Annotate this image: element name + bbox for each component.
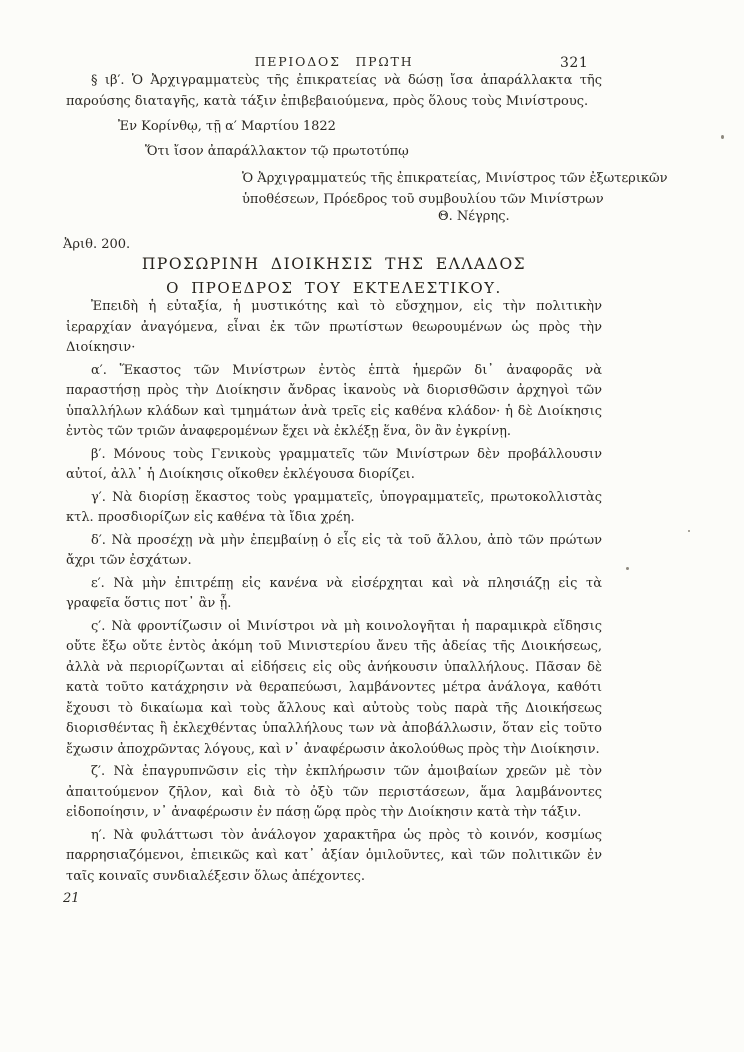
decree-subtitle: Ο ΠΡΟΕΔΡΟΣ ΤΟΥ ΕΚΤΕΛΕΣΤΙΚΟΥ. — [66, 279, 602, 297]
article-paragraph-1: α′. Ἕκαστος τῶν Μινίστρων ἐντὸς ἑπτὰ ἡμε… — [66, 361, 602, 443]
decree-body: Ἐπειδὴ ἡ εὐταξία, ἡ μυστικότης καὶ τὸ εὔ… — [66, 297, 602, 906]
articles-list: α′. Ἕκαστος τῶν Μινίστρων ἐντὸς ἑπτὰ ἡμε… — [66, 361, 602, 888]
scan-speck — [688, 530, 690, 532]
article-label: δ′. — [91, 533, 106, 548]
article-paragraph-3: γ′. Νὰ διορίσῃ ἕκαστος τοὺς γραμματεῖς, … — [66, 488, 602, 529]
running-head: ΠΕΡΙΟΔΟΣ ΠΡΩΤΗ — [66, 54, 602, 69]
article-label: γ′. — [91, 490, 106, 505]
article-label: ζ′. — [91, 764, 105, 779]
article-paragraph-5: ε′. Νὰ μὴν ἐπιτρέπῃ εἰς κανένα νὰ εἰσέρχ… — [66, 574, 602, 615]
dateline: Ἐν Κορίνθῳ, τῇ α′ Μαρτίου 1822 — [118, 119, 336, 134]
article-paragraph-7: ζ′. Νὰ ἐπαγρυπνῶσιν εἰς τὴν ἐκπλήρωσιν τ… — [66, 762, 602, 824]
article-label: ε′. — [91, 576, 105, 591]
scanned-book-page: ΠΕΡΙΟΔΟΣ ΠΡΩΤΗ 321 § ιβ′. Ὁ Ἀρχιγραμματε… — [0, 0, 744, 1052]
page-header: ΠΕΡΙΟΔΟΣ ΠΡΩΤΗ 321 — [66, 54, 602, 72]
article-label: α′. — [91, 363, 107, 378]
article-paragraph-6: ς′. Νὰ φροντίζωσιν οἱ Μινίστροι νὰ μὴ κο… — [66, 617, 602, 761]
signature-name: Θ. Νέγρης. — [438, 209, 510, 224]
article-label: η′. — [91, 828, 106, 843]
signature-title-line2: ὑποθέσεων, Πρόεδρος τοῦ συμβουλίου τῶν Μ… — [242, 189, 586, 210]
scan-speck — [626, 567, 629, 570]
article-label: ς′. — [91, 619, 105, 634]
decree-number: Ἀριθ. 200. — [63, 237, 130, 252]
article-paragraph-2: β′. Μόνους τοὺς Γενικοὺς γραμματεῖς τῶν … — [66, 445, 602, 486]
decree-title: ΠΡΟΣΩΡΙΝΗ ΔΙΟΙΚΗΣΙΣ ΤΗΣ ΕΛΛΑΔΟΣ — [66, 255, 602, 273]
article-paragraph-8: η′. Νὰ φυλάττωσι τὸν ἀνάλογον χαρακτῆρα … — [66, 826, 602, 888]
signature-title-line1: Ὁ Ἀρχιγραμματεύς τῆς ἐπικρατείας, Μινίστ… — [242, 168, 586, 189]
printer-signature-mark: 21 — [63, 891, 602, 906]
previous-decree-closing-paragraph: § ιβ′. Ὁ Ἀρχιγραμματεὺς τῆς ἐπικρατείας … — [66, 71, 602, 112]
article-label: β′. — [91, 447, 106, 462]
article-paragraph-4: δ′. Νὰ προσέχῃ νὰ μὴν ἐπεμβαίνῃ ὁ εἷς εἰ… — [66, 531, 602, 572]
signature-block: Ὁ Ἀρχιγραμματεύς τῆς ἐπικρατείας, Μινίστ… — [242, 168, 586, 210]
decree-preamble: Ἐπειδὴ ἡ εὐταξία, ἡ μυστικότης καὶ τὸ εὔ… — [66, 297, 602, 359]
page-number: 321 — [560, 55, 588, 71]
certification-line: Ὅτι ἴσον ἀπαράλλακτον τῷ πρωτοτύπῳ — [145, 144, 409, 159]
scan-speck — [721, 135, 724, 139]
